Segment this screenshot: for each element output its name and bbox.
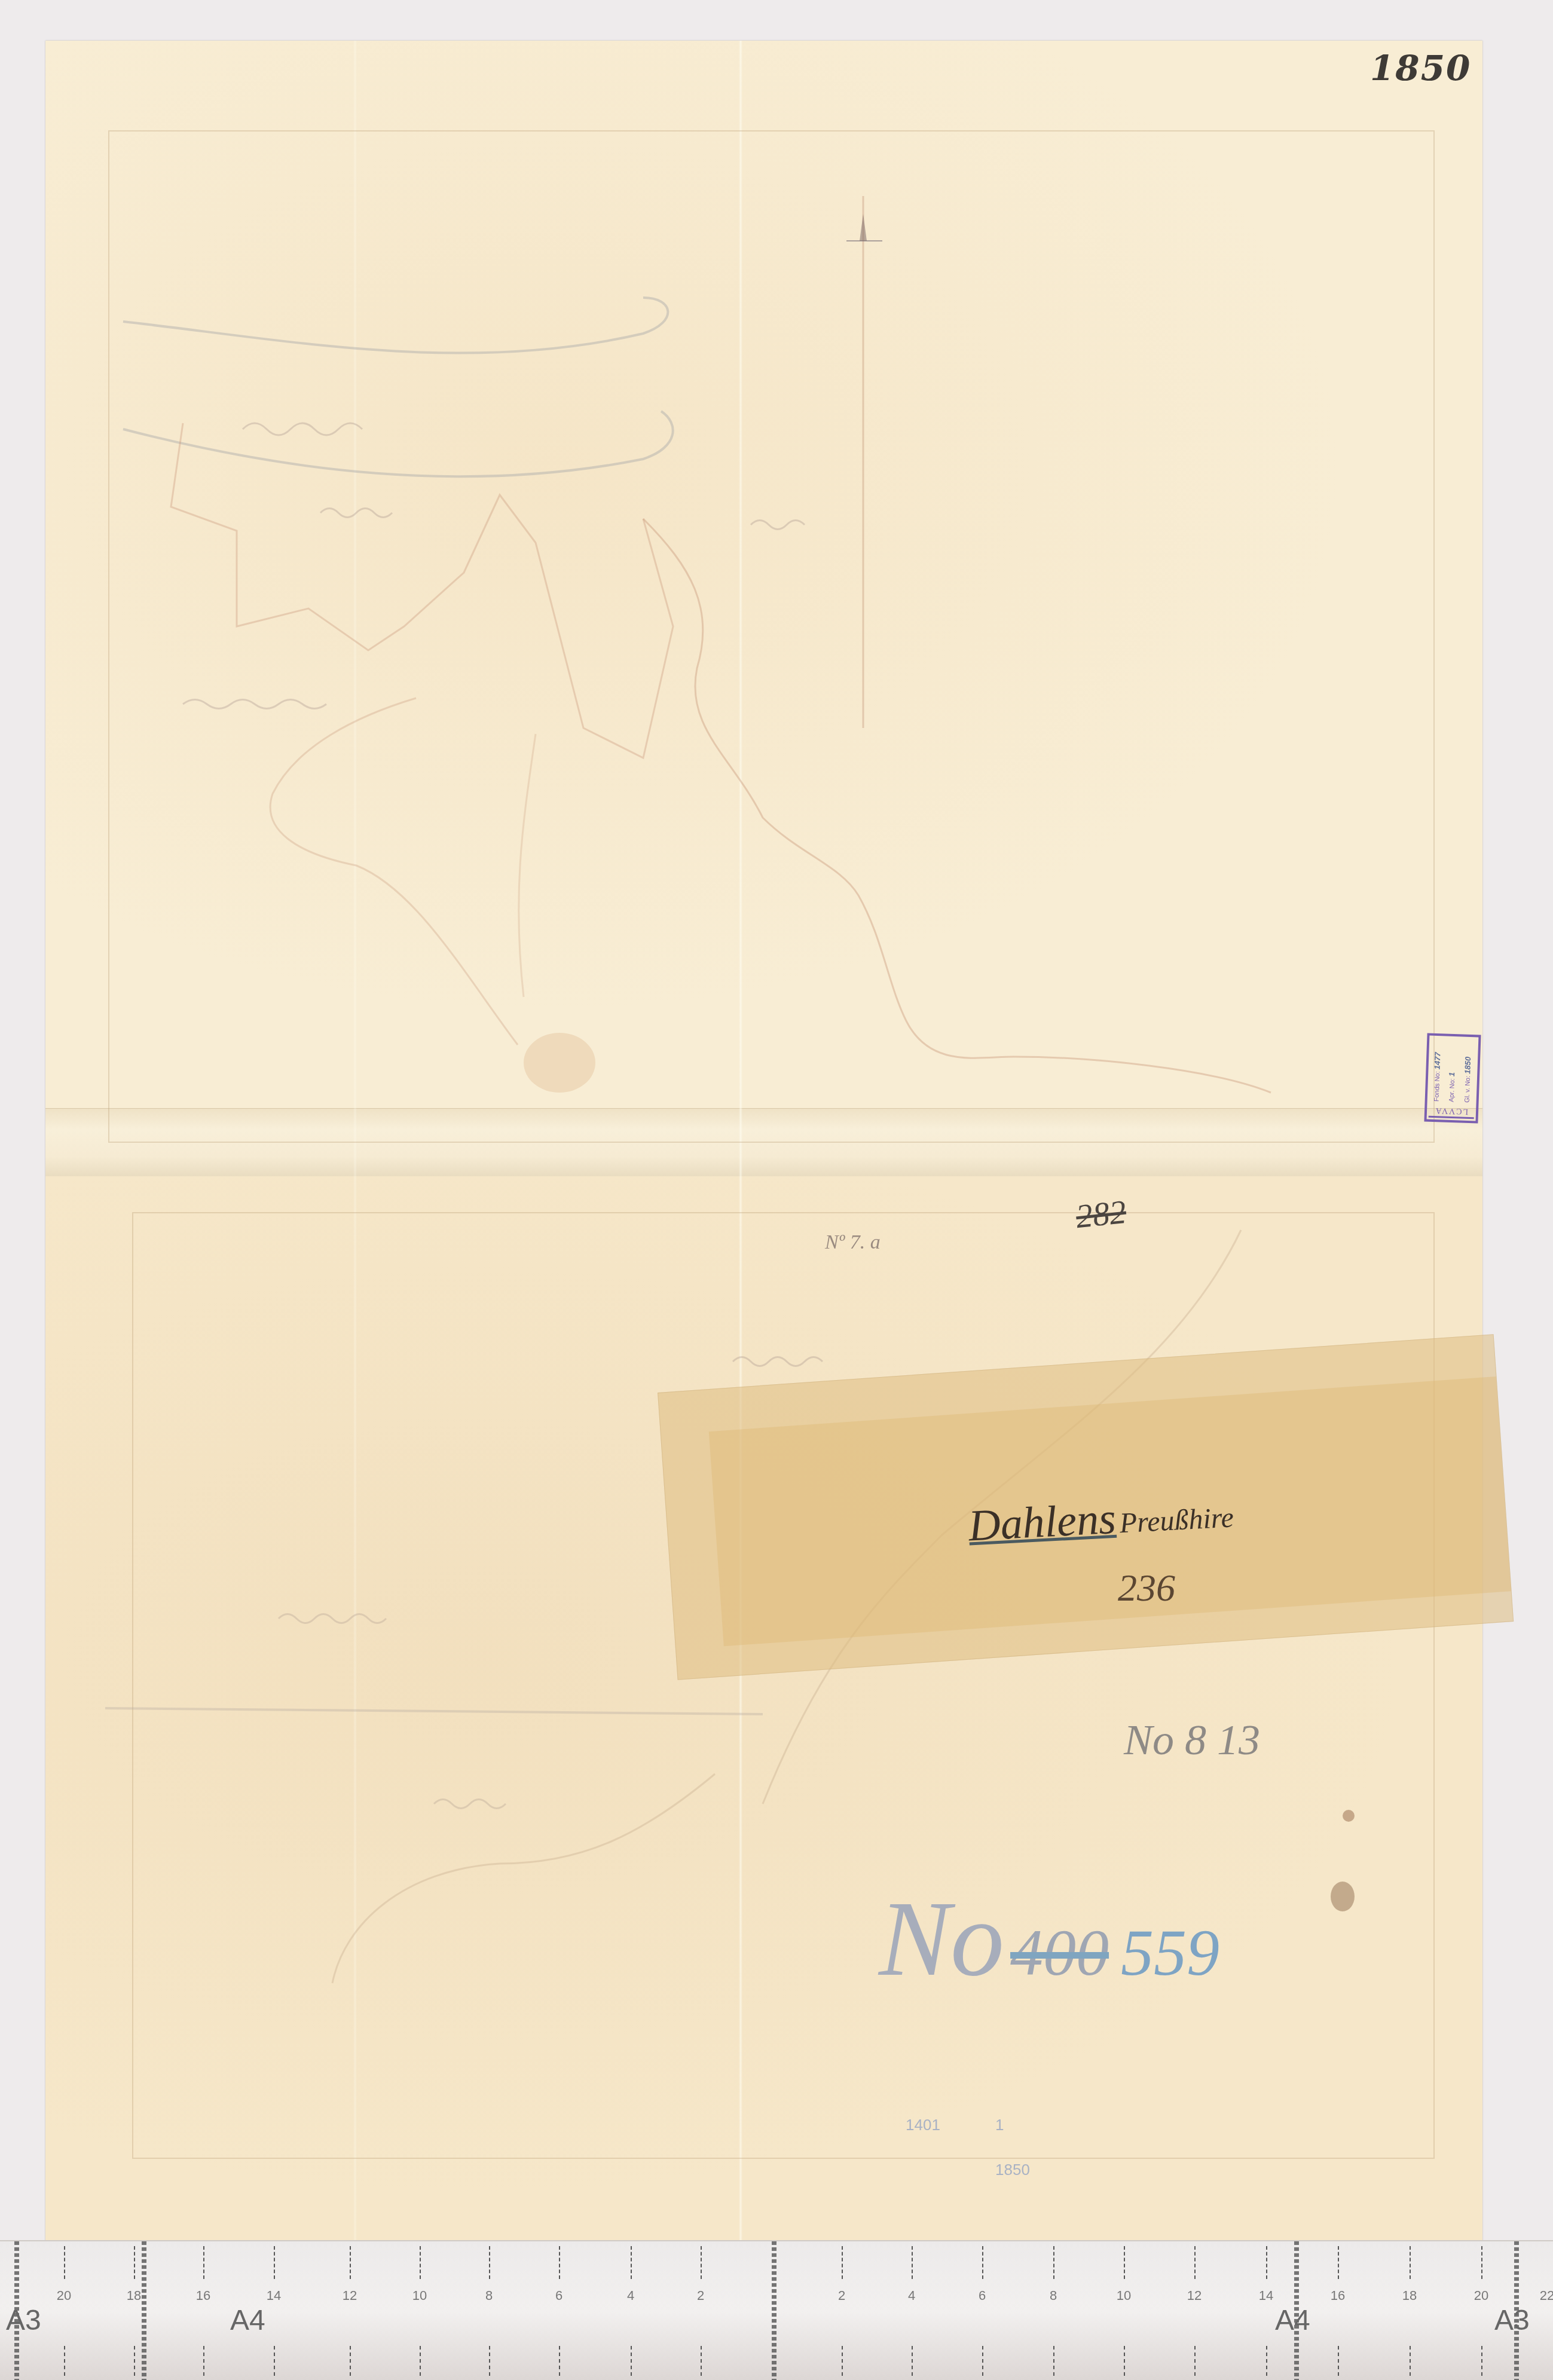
ruler-tick bbox=[912, 2246, 914, 2279]
ruler-tick bbox=[134, 2346, 136, 2376]
ruler-tick-label: 18 bbox=[127, 2288, 141, 2303]
stain bbox=[1331, 1882, 1355, 1911]
ruler-tick-label: 2 bbox=[838, 2288, 845, 2303]
ruler-tick-label: 16 bbox=[1331, 2288, 1345, 2303]
ruler-tick bbox=[1481, 2346, 1484, 2376]
ruler-tick-label: 16 bbox=[196, 2288, 210, 2303]
ruler-tick-label: 18 bbox=[1402, 2288, 1417, 2303]
ruler-tick bbox=[701, 2246, 703, 2279]
ruler-tick bbox=[842, 2346, 844, 2376]
ruler-tick bbox=[1194, 2246, 1197, 2279]
ruler-tick bbox=[1124, 2246, 1126, 2279]
ruler-tick bbox=[1266, 2246, 1268, 2279]
ruler-tick bbox=[489, 2246, 491, 2279]
label-title-name: Dahlens bbox=[967, 1494, 1117, 1551]
inventory-old-number: 400 bbox=[1010, 1916, 1109, 1989]
inventory-new-number: 559 bbox=[1121, 1916, 1219, 1989]
ruler-tick bbox=[631, 2246, 633, 2279]
ruler-tick-label: 20 bbox=[1474, 2288, 1488, 2303]
stain bbox=[1343, 1810, 1355, 1822]
ruler-tick bbox=[1481, 2246, 1484, 2279]
ruler-tick bbox=[420, 2246, 422, 2279]
ruler-tick bbox=[489, 2346, 491, 2376]
ruler-tick bbox=[1124, 2346, 1126, 2376]
ruler-tick bbox=[982, 2346, 985, 2376]
bleed-through-map-drawing bbox=[45, 41, 1482, 2241]
label-number: 236 bbox=[1118, 1566, 1175, 1610]
pencil-number: No 8 13 bbox=[1124, 1715, 1260, 1765]
struck-number: 282 bbox=[1074, 1193, 1128, 1236]
map-sheet bbox=[45, 41, 1482, 2241]
stain bbox=[524, 1033, 595, 1093]
catalog-number-top: 1850 bbox=[1370, 48, 1471, 88]
ruler-tick-label: 8 bbox=[1050, 2288, 1057, 2303]
ruler-tick-label: 4 bbox=[627, 2288, 634, 2303]
ruler-tick bbox=[274, 2246, 276, 2279]
ruler-tick bbox=[350, 2246, 352, 2279]
ruler-tick-label: 12 bbox=[1187, 2288, 1202, 2303]
ruler-tick-label: 6 bbox=[979, 2288, 986, 2303]
reference-number: Nº 7. a bbox=[825, 1231, 881, 1254]
ruler-tick bbox=[134, 2246, 136, 2279]
ruler-tick bbox=[420, 2346, 422, 2376]
stamp-line-fonds: Fonds No: 1477 bbox=[1433, 1038, 1443, 1102]
ruler-tick bbox=[350, 2346, 352, 2376]
ruler-tick bbox=[1338, 2346, 1340, 2376]
ruler-tick bbox=[701, 2346, 703, 2376]
ruler-tick bbox=[1053, 2246, 1056, 2279]
ruler-tick bbox=[1338, 2246, 1340, 2279]
ruler-format-a4-right: A4 bbox=[1275, 2304, 1310, 2337]
label-title-place: Preußhire bbox=[1119, 1501, 1235, 1539]
ruler-format-a3-right: A3 bbox=[1494, 2304, 1530, 2337]
inventory-prefix: No bbox=[879, 1879, 1004, 1998]
stamp-organization: LCVVA bbox=[1429, 1104, 1475, 1119]
inventory-number: No400559 bbox=[879, 1877, 1219, 2000]
ruler-tick-label: 8 bbox=[485, 2288, 493, 2303]
ruler-tick bbox=[559, 2246, 561, 2279]
ruler-format-mark bbox=[142, 2241, 146, 2380]
ruler-tick-label: 12 bbox=[343, 2288, 357, 2303]
ruler-tick bbox=[912, 2346, 914, 2376]
ruler-tick-label: 2 bbox=[697, 2288, 704, 2303]
ruler-tick bbox=[274, 2346, 276, 2376]
ruler-format-a3-left: A3 bbox=[6, 2304, 41, 2337]
ruler-tick-label: 22 bbox=[1540, 2288, 1553, 2303]
small-pencil-mark: 1401 bbox=[906, 2116, 940, 2134]
ruler-tick bbox=[631, 2346, 633, 2376]
ruler-tick bbox=[982, 2246, 985, 2279]
ruler-tick bbox=[64, 2246, 66, 2279]
ruler-tick bbox=[203, 2346, 206, 2376]
stamp-line-apr: Apr. No: 1 bbox=[1448, 1038, 1458, 1102]
ruler-center-mark bbox=[772, 2241, 776, 2380]
small-pencil-mark: 1 bbox=[995, 2116, 1004, 2134]
small-pencil-mark: 1850 bbox=[995, 2161, 1030, 2179]
ruler-tick bbox=[842, 2246, 844, 2279]
ruler-tick-label: 14 bbox=[1259, 2288, 1273, 2303]
ruler-tick-label: 4 bbox=[908, 2288, 915, 2303]
ruler-tick bbox=[203, 2246, 206, 2279]
ruler-tick-label: 10 bbox=[412, 2288, 427, 2303]
ruler-tick bbox=[1410, 2246, 1412, 2279]
ruler-tick-label: 14 bbox=[267, 2288, 281, 2303]
ruler-tick bbox=[559, 2346, 561, 2376]
ruler-tick bbox=[1194, 2346, 1197, 2376]
measuring-ruler: A3 A4 A4 A3 20 18 16 14 12 10 8 6 4 2 2 … bbox=[0, 2240, 1553, 2380]
archive-stamp: LCVVA Fonds No: 1477 Apr. No: 1 Gl. v. N… bbox=[1424, 1033, 1481, 1123]
ruler-tick bbox=[1053, 2346, 1056, 2376]
ruler-tick-label: 20 bbox=[57, 2288, 71, 2303]
ruler-format-a4-left: A4 bbox=[230, 2304, 265, 2337]
ruler-tick bbox=[64, 2346, 66, 2376]
ruler-tick-label: 10 bbox=[1117, 2288, 1131, 2303]
ruler-tick bbox=[1410, 2346, 1412, 2376]
ruler-tick-label: 6 bbox=[555, 2288, 562, 2303]
ruler-tick bbox=[1266, 2346, 1268, 2376]
stamp-line-glv: Gl. v. No: 1850 bbox=[1463, 1039, 1473, 1103]
